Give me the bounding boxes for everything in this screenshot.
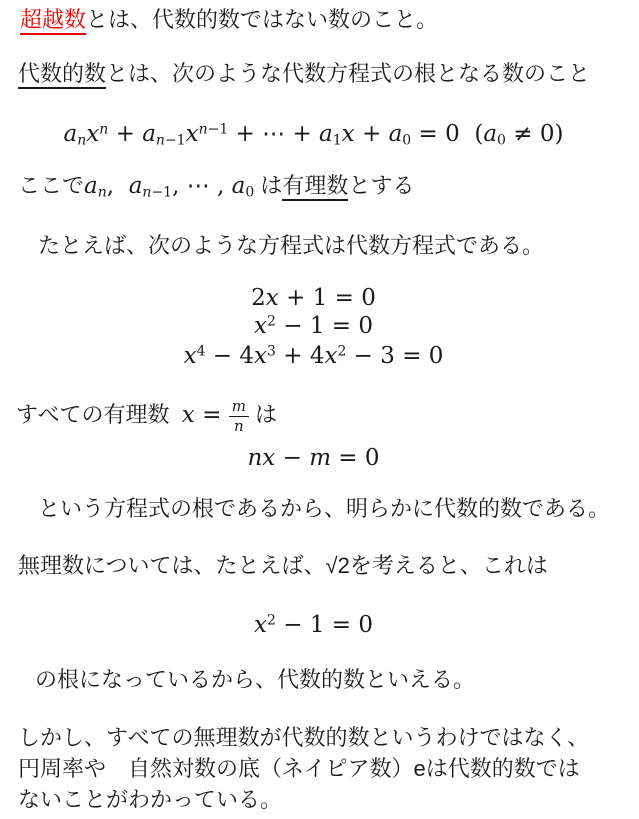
fraction-denominator: n <box>229 417 249 435</box>
text-run: ここで <box>18 173 84 198</box>
math-subscript: n <box>98 185 107 201</box>
math-variable: x <box>254 612 267 638</box>
math-variable: x <box>266 285 279 311</box>
eq-general-algebraic: anxn + an−1xn−1 + ⋯ + a1x + a0 = 0 (a0 ≠… <box>0 120 627 150</box>
eq-quartic: x4 − 4x3 + 4x2 − 3 = 0 <box>0 342 627 371</box>
para-however-line1: しかし、すべての無理数が代数的数というわけではなく、 <box>18 724 589 752</box>
math-text: = 0 ( <box>411 121 483 147</box>
math-variable: x <box>182 402 195 428</box>
text-run: すべての有理数 <box>16 402 182 427</box>
math-variable: x <box>342 121 355 147</box>
text-run: たとえば、次のような方程式は代数方程式である。 <box>38 233 544 258</box>
math-variable: x <box>262 445 275 471</box>
text-run: は <box>254 173 282 198</box>
math-text: − 1 = 0 <box>276 612 373 638</box>
math-variable: a <box>483 121 497 147</box>
text-run: の根になっているから、代数的数といえる。 <box>35 667 475 692</box>
text-run: しかし、すべての無理数が代数的数というわけではなく、 <box>18 725 589 750</box>
para-rational-fraction: すべての有理数 x = mn は <box>16 398 277 435</box>
math-text: + <box>108 121 142 147</box>
para-coefficients-rational: ここでan, an−1, ⋯ , a0 は有理数とする <box>18 172 414 202</box>
math-variable: a <box>142 121 156 147</box>
underlined-term: 有理数 <box>282 173 348 201</box>
math-variable: x <box>184 343 197 369</box>
document-page: 超越数とは、代数的数ではない数のこと。代数的数とは、次のような代数方程式の根とな… <box>0 0 639 819</box>
para-irrational-sqrt2: 無理数については、たとえば、√2を考えると、これは <box>18 552 548 580</box>
math-fraction: mn <box>229 398 249 435</box>
math-superscript: 2 <box>267 313 276 329</box>
para-transcendental-def: 超越数とは、代数的数ではない数のこと。 <box>20 6 438 34</box>
math-text: , ⋯ , <box>172 173 232 199</box>
math-text: = <box>195 402 229 428</box>
text-run: とする <box>348 173 414 198</box>
math-text: = 0 <box>331 445 380 471</box>
text-run: 円周率や 自然対数の底（ネイピア数）eは代数的数では <box>18 756 580 781</box>
text-run: とは、次のような代数方程式の根となる数のこと <box>106 61 590 86</box>
para-example-intro: たとえば、次のような方程式は代数方程式である。 <box>38 232 544 260</box>
eq-nx-minus-m: nx − m = 0 <box>0 444 627 473</box>
para-algebraic-def: 代数的数とは、次のような代数方程式の根となる数のこと <box>18 60 590 88</box>
para-sqrt2-conclusion: の根になっているから、代数的数といえる。 <box>35 666 475 694</box>
eq-quadratic: x2 − 1 = 0 <box>0 312 627 341</box>
math-variable: a <box>129 173 143 199</box>
math-superscript: 2 <box>267 612 276 628</box>
math-text: + 1 = 0 <box>279 285 376 311</box>
math-text: + ⋯ + <box>228 121 319 147</box>
math-text: − <box>275 445 309 471</box>
math-superscript: n−1 <box>199 121 229 137</box>
math-subscript: 0 <box>245 185 254 201</box>
math-variable: a <box>319 121 333 147</box>
math-superscript: 3 <box>267 343 276 359</box>
math-variable: a <box>389 121 403 147</box>
eq-linear: 2x + 1 = 0 <box>0 284 627 313</box>
math-text: 2 <box>251 285 266 311</box>
eq-quadratic-sqrt2: x2 − 1 = 0 <box>0 611 627 640</box>
math-text: − 1 = 0 <box>276 313 373 339</box>
math-text: − 4 <box>205 343 254 369</box>
math-subscript: n <box>77 133 86 149</box>
math-variable: x <box>186 121 199 147</box>
math-variable: x <box>324 343 337 369</box>
math-subscript: 1 <box>333 133 342 149</box>
math-text: + 4 <box>276 343 325 369</box>
math-text: + <box>355 121 389 147</box>
math-variable: a <box>84 173 98 199</box>
math-subscript: 0 <box>402 133 411 149</box>
math-text: , <box>107 173 129 199</box>
math-subscript: n−1 <box>142 185 172 201</box>
text-run: 無理数については、たとえば、√2を考えると、これは <box>18 553 548 578</box>
math-subscript: 0 <box>497 133 506 149</box>
para-rational-conclusion: という方程式の根であるから、明らかに代数的数である。 <box>38 495 610 523</box>
text-run: は <box>249 402 277 427</box>
math-text: − 3 = 0 <box>346 343 443 369</box>
para-however-line3: ないことがわかっている。 <box>18 786 282 814</box>
math-variable: m <box>309 445 331 471</box>
text-run: ないことがわかっている。 <box>18 787 282 812</box>
text-run: とは、代数的数ではない数のこと。 <box>86 7 438 32</box>
math-subscript: n−1 <box>156 133 186 149</box>
math-superscript: n <box>99 121 108 137</box>
text-run: という方程式の根であるから、明らかに代数的数である。 <box>38 496 610 521</box>
highlighted-term: 超越数 <box>20 7 86 35</box>
math-variable: a <box>64 121 78 147</box>
math-variable: x <box>254 343 267 369</box>
math-variable: x <box>254 313 267 339</box>
underlined-term: 代数的数 <box>18 61 106 89</box>
math-text: ≠ 0) <box>506 121 564 147</box>
para-however-line2: 円周率や 自然対数の底（ネイピア数）eは代数的数では <box>18 755 580 783</box>
math-variable: n <box>247 445 262 471</box>
fraction-numerator: m <box>229 398 249 417</box>
math-variable: a <box>232 173 246 199</box>
math-variable: x <box>86 121 99 147</box>
